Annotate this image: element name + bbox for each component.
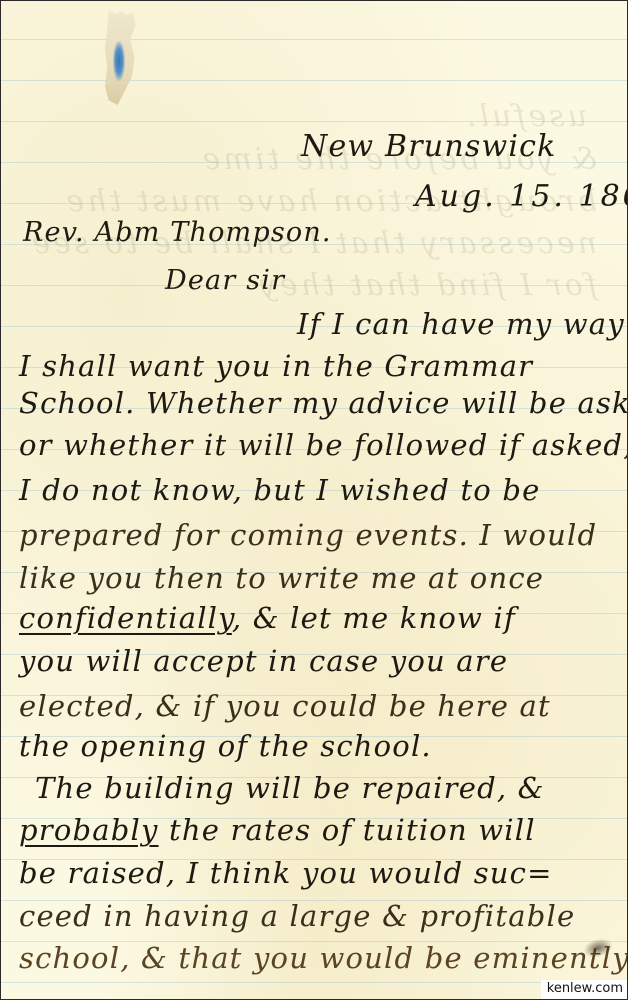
letter-line: probably the rates of tuition will — [19, 813, 536, 847]
letter-line: prepared for coming events. I would — [19, 518, 597, 552]
letter-line: confidentially, & let me know if — [19, 601, 516, 635]
letter-date: Aug. 15. 1862 — [415, 179, 628, 214]
letter-salutation: Dear sir — [165, 265, 285, 296]
watermark: kenlew.com — [541, 980, 627, 999]
letter-line: The building will be repaired, & — [35, 771, 545, 805]
ghost-line: for I find that they — [257, 265, 597, 306]
postage-stamp-fragment-icon — [105, 11, 141, 105]
letter-line: If I can have my way — [297, 307, 625, 341]
emphasized-word: confidentially — [19, 601, 232, 635]
letter-line: ceed in having a large & profitable — [19, 899, 575, 933]
letter-line: the opening of the school. — [19, 729, 432, 763]
letter-place: New Brunswick — [301, 129, 557, 164]
emphasized-word: probably — [19, 813, 159, 847]
letter-line: I do not know, but I wished to be — [19, 473, 541, 507]
letter-line: you will accept in case you are — [19, 644, 508, 678]
letter-line: I shall want you in the Grammar — [19, 349, 533, 383]
letter-recipient: Rev. Abm Thompson. — [23, 217, 332, 248]
letter-line: elected, & if you could be here at — [19, 689, 551, 723]
letter-line: School. Whether my advice will be asked, — [19, 386, 628, 420]
letter-line: like you then to write me at once — [19, 561, 544, 595]
stamp-ink — [113, 41, 125, 81]
letter-page: useful. & you before the time brought ac… — [0, 0, 628, 1000]
letter-line: be raised, I think you would suc= — [19, 856, 553, 890]
line-continuation: , & let me know if — [232, 601, 516, 635]
letter-line: or whether it will be followed if asked, — [19, 428, 628, 462]
line-continuation: the rates of tuition will — [159, 813, 536, 847]
letter-line: school, & that you would be eminently — [19, 941, 628, 975]
